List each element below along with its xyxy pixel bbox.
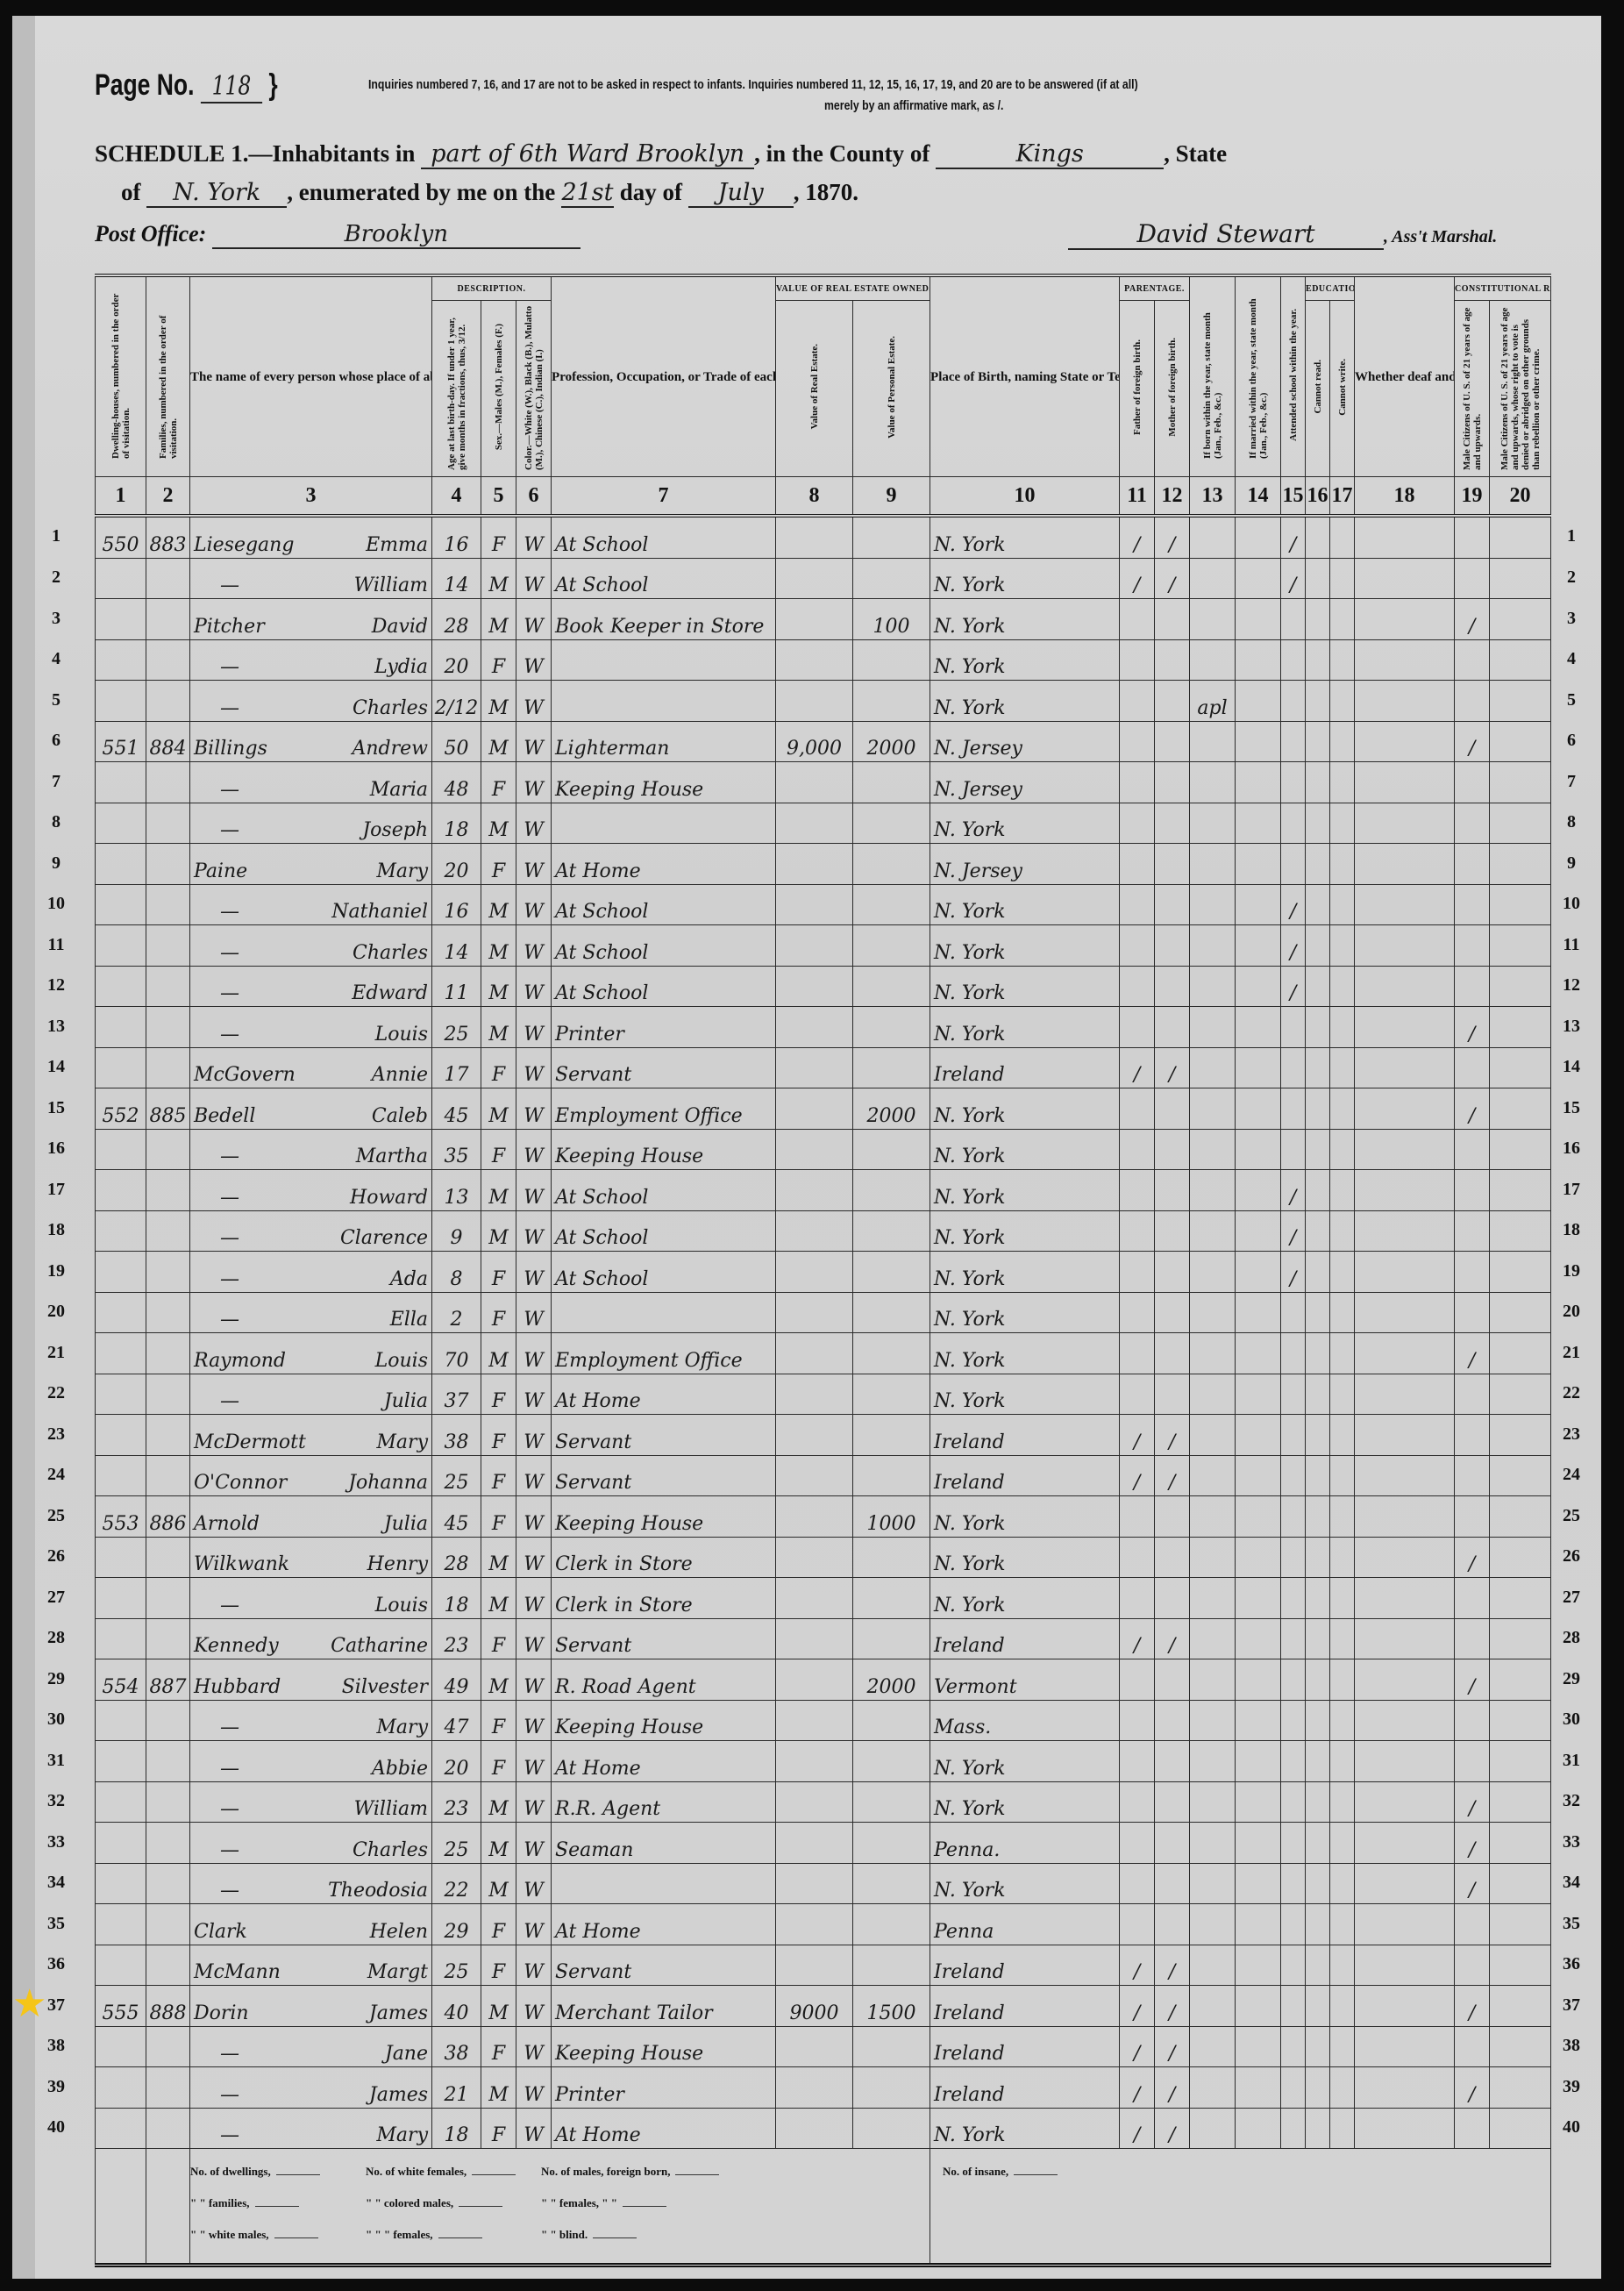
dwelling-number — [96, 1863, 146, 1904]
color: W — [516, 1455, 552, 1496]
born-month — [1190, 844, 1236, 885]
cannot-write-mark — [1330, 1986, 1355, 2027]
surname: — — [194, 1716, 325, 1738]
cannot-write-mark — [1330, 1537, 1355, 1578]
real-estate-value — [776, 1904, 853, 1945]
surname: McMann — [194, 1961, 325, 1983]
citizen-mark: / — [1455, 2067, 1490, 2109]
table-row: —Charles14MWAt SchoolN. York/ — [96, 925, 1551, 967]
family-number — [146, 1374, 190, 1415]
citizen-mark — [1455, 639, 1490, 681]
color: W — [516, 884, 552, 925]
mother-foreign-mark — [1155, 1333, 1190, 1374]
person-name: —Charles — [190, 925, 432, 967]
col-citizen-header: Male Citizens of U. S. of 21 years of ag… — [1455, 301, 1490, 477]
cannot-write-mark — [1330, 1945, 1355, 1986]
cannot-read-mark — [1306, 1088, 1330, 1130]
married-month — [1236, 762, 1281, 803]
father-foreign-mark — [1120, 1252, 1155, 1293]
sex: F — [481, 1904, 516, 1945]
vote-denied-mark — [1490, 1170, 1551, 1211]
surname: Raymond — [194, 1350, 325, 1372]
color: W — [516, 1374, 552, 1415]
page-number-label: Page No. 118 } — [95, 68, 278, 103]
real-estate-value — [776, 1659, 853, 1701]
citizen-mark — [1455, 1700, 1490, 1741]
school-mark — [1281, 639, 1306, 681]
sex: M — [481, 1578, 516, 1619]
vote-denied-mark — [1490, 516, 1551, 558]
family-number — [146, 884, 190, 925]
disability — [1355, 1007, 1455, 1048]
dwelling-number: 551 — [96, 721, 146, 762]
dwelling-number — [96, 762, 146, 803]
sex: F — [481, 1415, 516, 1456]
birthplace: N. Jersey — [930, 762, 1120, 803]
cannot-write-mark — [1330, 1904, 1355, 1945]
line-number: 30 — [39, 1709, 74, 1730]
birthplace: Ireland — [930, 2026, 1120, 2067]
personal-estate-value: 1500 — [853, 1986, 930, 2027]
given-name: Julia — [384, 1513, 431, 1535]
dwelling-number — [96, 558, 146, 599]
age: 14 — [432, 925, 481, 967]
school-mark — [1281, 721, 1306, 762]
age: 28 — [432, 599, 481, 640]
family-number: 883 — [146, 516, 190, 558]
table-row: —Martha35FWKeeping HouseN. York — [96, 1129, 1551, 1170]
married-month — [1236, 1986, 1281, 2027]
citizen-mark — [1455, 1252, 1490, 1293]
real-estate-value — [776, 1292, 853, 1333]
real-estate-value — [776, 1945, 853, 1986]
column-number: 13 — [1190, 477, 1236, 517]
mother-foreign-mark — [1155, 1210, 1190, 1252]
father-foreign-mark — [1120, 925, 1155, 967]
vote-denied-mark — [1490, 1333, 1551, 1374]
given-name: Martha — [356, 1145, 431, 1167]
mother-foreign-mark — [1155, 1700, 1190, 1741]
disability — [1355, 1088, 1455, 1130]
given-name: Louis — [375, 1595, 431, 1617]
surname: Hubbard — [194, 1676, 325, 1698]
vote-denied-mark — [1490, 1210, 1551, 1252]
color: W — [516, 803, 552, 844]
mother-foreign-mark — [1155, 1781, 1190, 1823]
real-estate-value: 9000 — [776, 1986, 853, 2027]
school-mark — [1281, 803, 1306, 844]
sex: F — [481, 1374, 516, 1415]
married-month — [1236, 1700, 1281, 1741]
birthplace: Ireland — [930, 1455, 1120, 1496]
married-month — [1236, 966, 1281, 1007]
disability — [1355, 1781, 1455, 1823]
person-name: —Charles — [190, 681, 432, 722]
line-number: 32 — [1554, 1791, 1589, 1811]
citizen-mark — [1455, 884, 1490, 925]
disability — [1355, 721, 1455, 762]
table-row: 554887HubbardSilvester49MWR. Road Agent2… — [96, 1659, 1551, 1701]
school-mark — [1281, 1047, 1306, 1088]
born-month — [1190, 1823, 1236, 1864]
married-month — [1236, 1823, 1281, 1864]
disability — [1355, 1333, 1455, 1374]
person-name: —Nathaniel — [190, 884, 432, 925]
table-row: WilkwankHenry28MWClerk in StoreN. York/ — [96, 1537, 1551, 1578]
table-row: —Julia37FWAt HomeN. York — [96, 1374, 1551, 1415]
born-month — [1190, 558, 1236, 599]
color: W — [516, 2108, 552, 2149]
age: 18 — [432, 2108, 481, 2149]
birthplace: N. York — [930, 884, 1120, 925]
color: W — [516, 1700, 552, 1741]
col-married-month-header: If married within the year, state month … — [1236, 275, 1281, 477]
born-month — [1190, 1047, 1236, 1088]
school-mark — [1281, 1537, 1306, 1578]
sex: M — [481, 1170, 516, 1211]
personal-estate-value — [853, 1047, 930, 1088]
school-mark — [1281, 1945, 1306, 1986]
married-month — [1236, 1374, 1281, 1415]
dwelling-number — [96, 966, 146, 1007]
given-name: Charles — [353, 697, 431, 719]
education-group-header: Education. — [1306, 275, 1355, 301]
table-row: McGovernAnnie17FWServantIreland// — [96, 1047, 1551, 1088]
line-number: 22 — [39, 1383, 74, 1403]
personal-estate-value — [853, 1170, 930, 1211]
family-number — [146, 1292, 190, 1333]
person-name: RaymondLouis — [190, 1333, 432, 1374]
birthplace: N. York — [930, 1496, 1120, 1538]
occupation: Keeping House — [552, 1700, 776, 1741]
person-name: —Mary — [190, 1700, 432, 1741]
cannot-read-mark — [1306, 2067, 1330, 2109]
cannot-write-mark — [1330, 1618, 1355, 1659]
citizen-mark — [1455, 1047, 1490, 1088]
disability — [1355, 884, 1455, 925]
constitutional-group-header: Constitutional Relations. — [1455, 275, 1551, 301]
surname: — — [194, 2124, 325, 2146]
mother-foreign-mark — [1155, 1292, 1190, 1333]
table-row: PitcherDavid28MWBook Keeper in Store100N… — [96, 599, 1551, 640]
given-name: Johanna — [348, 1472, 431, 1494]
real-estate-value — [776, 558, 853, 599]
surname: — — [194, 1024, 325, 1046]
real-estate-value — [776, 1252, 853, 1293]
personal-estate-value — [853, 1945, 930, 1986]
born-month — [1190, 1374, 1236, 1415]
citizen-mark: / — [1455, 1659, 1490, 1701]
age: 9 — [432, 1210, 481, 1252]
line-number: 2 — [1554, 567, 1589, 588]
birthplace: N. York — [930, 1210, 1120, 1252]
real-estate-value — [776, 516, 853, 558]
personal-estate-value — [853, 1741, 930, 1782]
family-number — [146, 1455, 190, 1496]
surname: McDermott — [194, 1431, 325, 1453]
vote-denied-mark — [1490, 1945, 1551, 1986]
personal-estate-value — [853, 803, 930, 844]
cannot-read-mark — [1306, 1700, 1330, 1741]
citizen-mark — [1455, 1415, 1490, 1456]
personal-estate-value — [853, 1700, 930, 1741]
given-name: James — [369, 2002, 431, 2024]
age: 23 — [432, 1618, 481, 1659]
age: 18 — [432, 803, 481, 844]
mother-foreign-mark — [1155, 1088, 1190, 1130]
disability — [1355, 1618, 1455, 1659]
mother-foreign-mark: / — [1155, 558, 1190, 599]
mother-foreign-mark — [1155, 925, 1190, 967]
surname: Liesegang — [194, 534, 325, 556]
color: W — [516, 558, 552, 599]
person-name: —Abbie — [190, 1741, 432, 1782]
table-row: —Jane38FWKeeping HouseIreland// — [96, 2026, 1551, 2067]
surname: — — [194, 2043, 325, 2065]
father-foreign-mark — [1120, 1863, 1155, 1904]
surname: — — [194, 779, 325, 801]
line-number: 18 — [1554, 1220, 1589, 1240]
surname: — — [194, 942, 325, 964]
school-mark — [1281, 2067, 1306, 2109]
family-number — [146, 681, 190, 722]
birthplace: Ireland — [930, 1415, 1120, 1456]
citizen-mark — [1455, 762, 1490, 803]
disability — [1355, 1700, 1455, 1741]
vote-denied-mark — [1490, 1129, 1551, 1170]
dwelling-number — [96, 925, 146, 967]
born-month — [1190, 721, 1236, 762]
surname: Arnold — [194, 1513, 325, 1535]
occupation: Seaman — [552, 1823, 776, 1864]
sex: F — [481, 1252, 516, 1293]
sex: F — [481, 844, 516, 885]
father-foreign-mark — [1120, 1129, 1155, 1170]
line-number: 7 — [1554, 772, 1589, 792]
age: 50 — [432, 721, 481, 762]
father-foreign-mark — [1120, 1292, 1155, 1333]
mother-foreign-mark — [1155, 1007, 1190, 1048]
family-number — [146, 2108, 190, 2149]
line-number: 14 — [1554, 1057, 1589, 1077]
line-number: 10 — [39, 894, 74, 914]
school-mark — [1281, 1496, 1306, 1538]
cannot-read-mark — [1306, 516, 1330, 558]
school-mark — [1281, 1904, 1306, 1945]
sex: F — [481, 1618, 516, 1659]
personal-estate-value — [853, 558, 930, 599]
school-mark — [1281, 1781, 1306, 1823]
dwelling-number — [96, 681, 146, 722]
citizen-mark — [1455, 1170, 1490, 1211]
married-month — [1236, 925, 1281, 967]
real-estate-value — [776, 1741, 853, 1782]
occupation: Book Keeper in Store — [552, 599, 776, 640]
sex: F — [481, 1700, 516, 1741]
married-month — [1236, 721, 1281, 762]
column-number: 1 — [96, 477, 146, 517]
given-name: David — [372, 616, 431, 638]
disability — [1355, 1904, 1455, 1945]
father-foreign-mark — [1120, 1374, 1155, 1415]
age: 38 — [432, 2026, 481, 2067]
color: W — [516, 1863, 552, 1904]
birthplace: Penna. — [930, 1823, 1120, 1864]
occupation: At Home — [552, 844, 776, 885]
real-estate-value — [776, 925, 853, 967]
personal-estate-value — [853, 1292, 930, 1333]
birthplace: N. York — [930, 516, 1120, 558]
married-month — [1236, 1781, 1281, 1823]
citizen-mark — [1455, 1618, 1490, 1659]
disability — [1355, 1578, 1455, 1619]
sex: F — [481, 1292, 516, 1333]
surname: Kennedy — [194, 1635, 325, 1657]
color: W — [516, 1292, 552, 1333]
surname: — — [194, 1880, 325, 1902]
person-name: —Ada — [190, 1252, 432, 1293]
family-number — [146, 1210, 190, 1252]
line-number: 1 — [39, 526, 74, 546]
family-number — [146, 803, 190, 844]
mother-foreign-mark — [1155, 1659, 1190, 1701]
line-number: 21 — [39, 1343, 74, 1363]
mother-foreign-mark — [1155, 681, 1190, 722]
born-month — [1190, 1415, 1236, 1456]
value-group-header: Value of Real Estate Owned. — [776, 275, 930, 301]
father-foreign-mark: / — [1120, 1945, 1155, 1986]
line-number: 12 — [39, 975, 74, 996]
person-name: —William — [190, 1781, 432, 1823]
citizen-mark — [1455, 844, 1490, 885]
age: 38 — [432, 1415, 481, 1456]
citizen-mark: / — [1455, 1781, 1490, 1823]
person-name: LiesegangEmma — [190, 516, 432, 558]
sex: M — [481, 1333, 516, 1374]
born-month — [1190, 1578, 1236, 1619]
line-number: 24 — [1554, 1465, 1589, 1485]
cannot-read-mark — [1306, 1455, 1330, 1496]
married-month — [1236, 2108, 1281, 2149]
age: 29 — [432, 1904, 481, 1945]
color: W — [516, 599, 552, 640]
birthplace: Ireland — [930, 1618, 1120, 1659]
mother-foreign-mark — [1155, 803, 1190, 844]
table-row: —Ada8FWAt SchoolN. York/ — [96, 1252, 1551, 1293]
dwelling-number — [96, 1537, 146, 1578]
married-month — [1236, 844, 1281, 885]
born-month — [1190, 1618, 1236, 1659]
line-number: 35 — [39, 1914, 74, 1934]
birthplace: Ireland — [930, 1047, 1120, 1088]
dwelling-number: 554 — [96, 1659, 146, 1701]
color: W — [516, 1170, 552, 1211]
sex: F — [481, 639, 516, 681]
mother-foreign-mark — [1155, 1904, 1190, 1945]
disability — [1355, 1496, 1455, 1538]
disability — [1355, 1292, 1455, 1333]
married-month — [1236, 884, 1281, 925]
married-month — [1236, 1252, 1281, 1293]
personal-estate-value: 2000 — [853, 1659, 930, 1701]
person-name: —Julia — [190, 1374, 432, 1415]
col-born-month-header: If born within the year, state month (Ja… — [1190, 275, 1236, 477]
birthplace: N. York — [930, 803, 1120, 844]
cannot-write-mark — [1330, 844, 1355, 885]
surname: O'Connor — [194, 1472, 325, 1494]
born-month — [1190, 762, 1236, 803]
line-number: 6 — [39, 731, 74, 751]
cannot-read-mark — [1306, 1659, 1330, 1701]
line-number: 21 — [1554, 1343, 1589, 1363]
father-foreign-mark — [1120, 1700, 1155, 1741]
born-month — [1190, 1945, 1236, 1986]
age: 49 — [432, 1659, 481, 1701]
given-name: Julia — [384, 1390, 431, 1412]
father-foreign-mark — [1120, 599, 1155, 640]
color: W — [516, 844, 552, 885]
dwelling-number — [96, 803, 146, 844]
color: W — [516, 966, 552, 1007]
cannot-write-mark — [1330, 2067, 1355, 2109]
cannot-write-mark — [1330, 966, 1355, 1007]
personal-estate-value — [853, 1374, 930, 1415]
state-value: N. York — [146, 179, 287, 208]
occupation: Servant — [552, 1047, 776, 1088]
table-row: ClarkHelen29FWAt HomePenna — [96, 1904, 1551, 1945]
disability — [1355, 1415, 1455, 1456]
line-number: 24 — [39, 1465, 74, 1485]
married-month — [1236, 1088, 1281, 1130]
birthplace: N. Jersey — [930, 721, 1120, 762]
vote-denied-mark — [1490, 599, 1551, 640]
vote-denied-mark — [1490, 1374, 1551, 1415]
color: W — [516, 1578, 552, 1619]
personal-estate-value — [853, 2026, 930, 2067]
married-month — [1236, 1455, 1281, 1496]
married-month — [1236, 1170, 1281, 1211]
line-number: 32 — [39, 1791, 74, 1811]
sex: M — [481, 1781, 516, 1823]
person-name: O'ConnorJohanna — [190, 1455, 432, 1496]
real-estate-value — [776, 599, 853, 640]
cannot-write-mark — [1330, 721, 1355, 762]
dwelling-number: 553 — [96, 1496, 146, 1538]
sex: M — [481, 681, 516, 722]
family-number: 884 — [146, 721, 190, 762]
line-number: 3 — [1554, 609, 1589, 629]
person-name: —Edward — [190, 966, 432, 1007]
father-foreign-mark — [1120, 721, 1155, 762]
vote-denied-mark — [1490, 558, 1551, 599]
school-mark — [1281, 681, 1306, 722]
disability — [1355, 1252, 1455, 1293]
father-foreign-mark — [1120, 1170, 1155, 1211]
col-cannot-write-header: Cannot write. — [1330, 301, 1355, 477]
dwelling-number — [96, 1618, 146, 1659]
surname: — — [194, 982, 325, 1004]
given-name: Mary — [376, 2124, 431, 2146]
married-month — [1236, 1945, 1281, 1986]
dwelling-number — [96, 599, 146, 640]
table-row: RaymondLouis70MWEmployment OfficeN. York… — [96, 1333, 1551, 1374]
father-foreign-mark — [1120, 1496, 1155, 1538]
cannot-read-mark — [1306, 721, 1330, 762]
birthplace: N. York — [930, 639, 1120, 681]
given-name: Clarence — [340, 1227, 431, 1249]
born-month — [1190, 1333, 1236, 1374]
personal-estate-value — [853, 1333, 930, 1374]
